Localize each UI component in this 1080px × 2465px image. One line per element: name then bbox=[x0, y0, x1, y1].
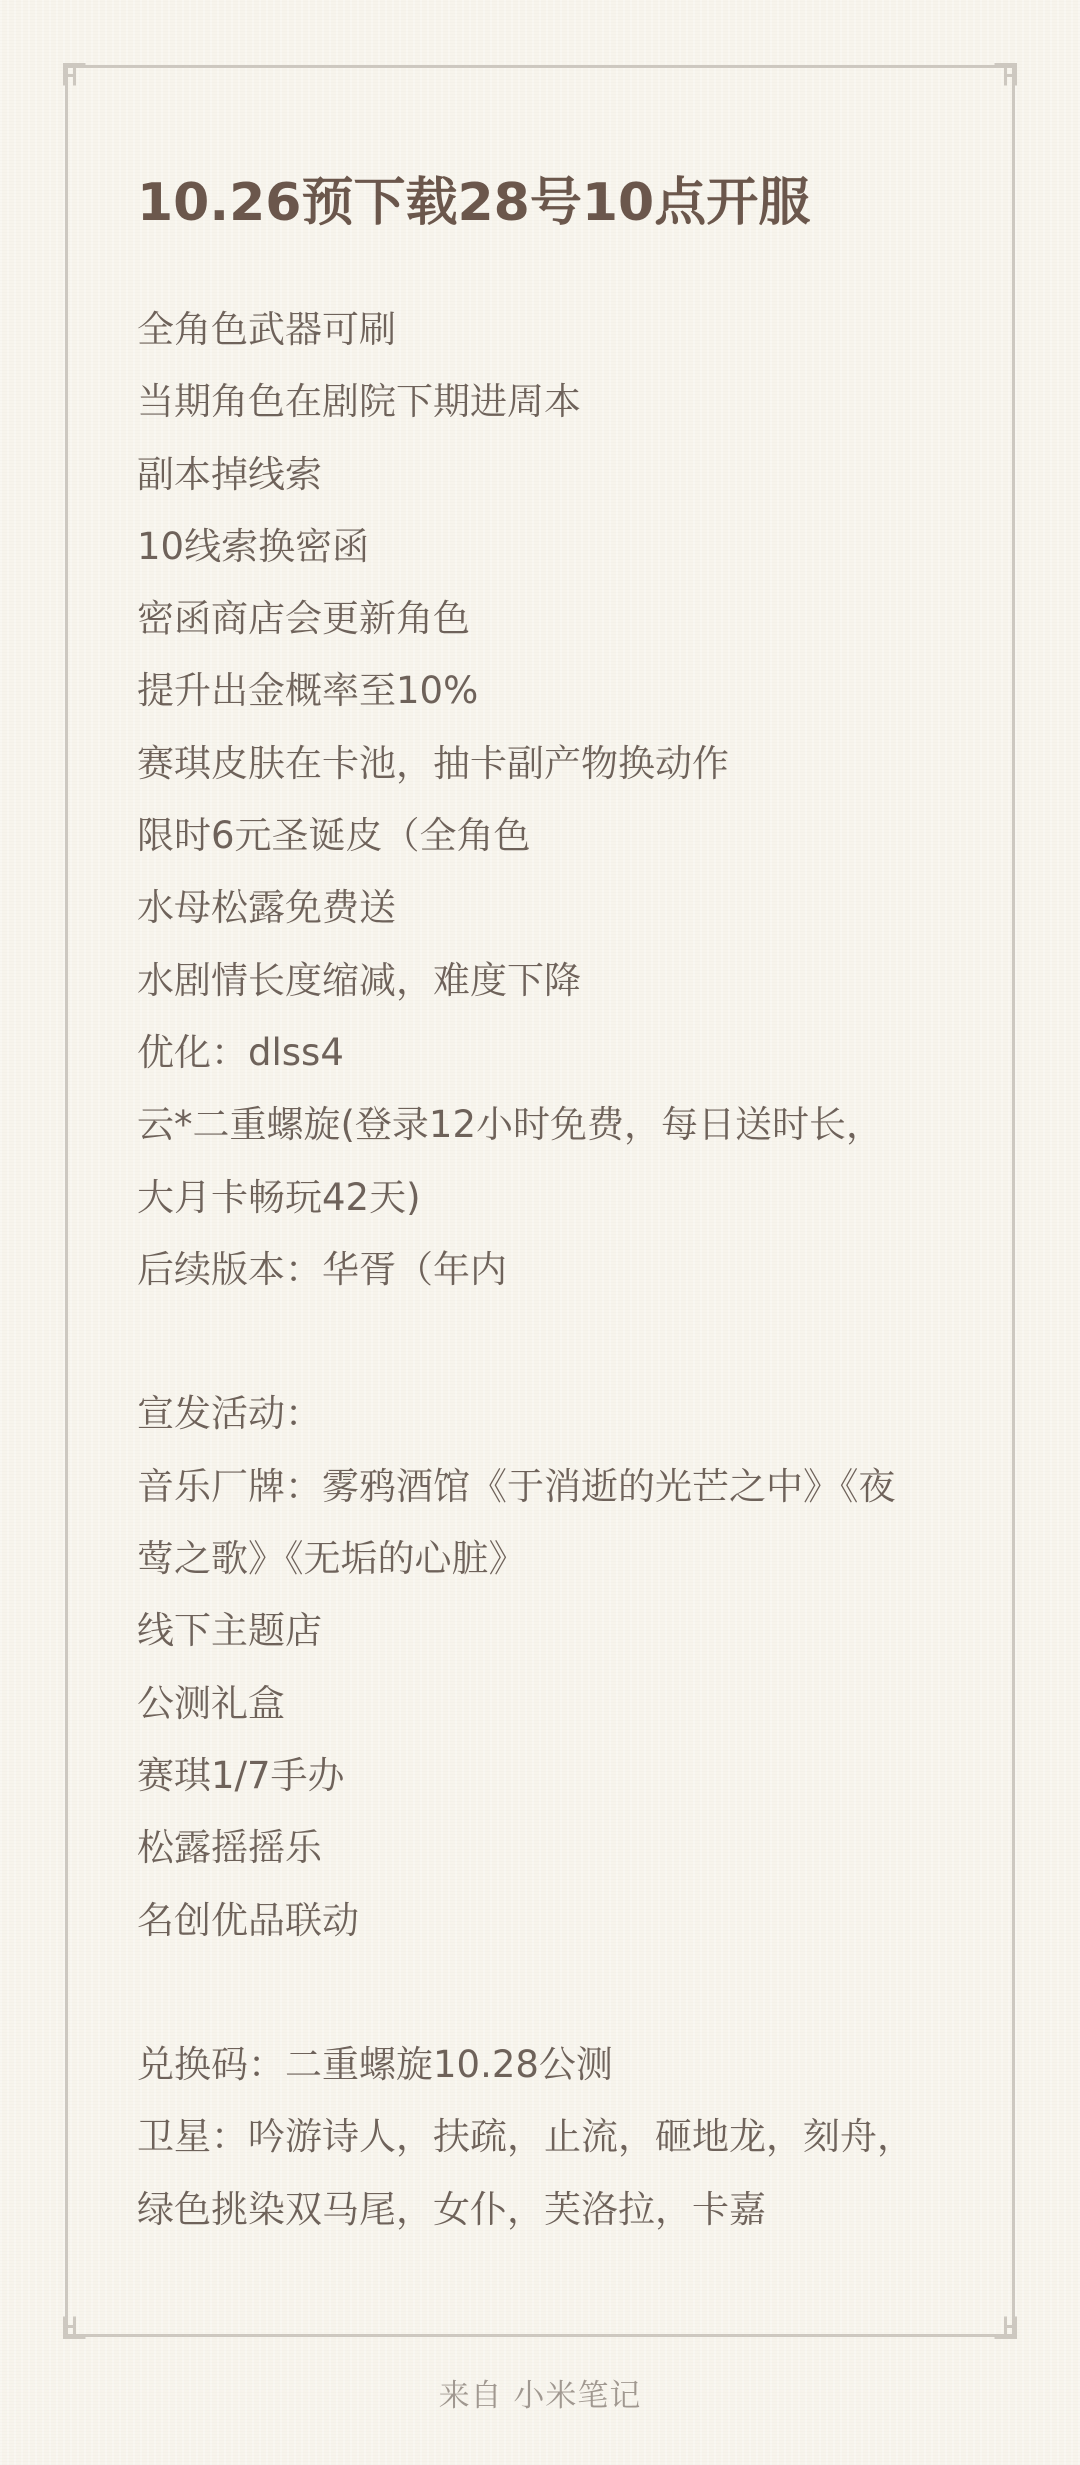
corner-ornament-top-left bbox=[63, 63, 87, 87]
note-line: 水母松露免费送 bbox=[137, 872, 957, 944]
note-body: 全角色武器可刷 当期角色在剧院下期进周本 副本掉线索 10线索换密函 密函商店会… bbox=[137, 294, 957, 2246]
note-line: 限时6元圣诞皮（全角色 bbox=[137, 800, 957, 872]
note-line: 赛琪1/7手办 bbox=[137, 1740, 957, 1812]
corner-ornament-top-right bbox=[993, 63, 1017, 87]
note-line: 兑换码：二重螺旋10.28公测 bbox=[137, 2029, 957, 2101]
note-line: 全角色武器可刷 bbox=[137, 294, 957, 366]
note-line: 密函商店会更新角色 bbox=[137, 583, 957, 655]
note-line: 卫星：吟游诗人，扶疏，止流，砸地龙，刻舟， bbox=[137, 2101, 957, 2173]
note-blank-line bbox=[137, 1306, 957, 1378]
note-line: 水剧情长度缩减，难度下降 bbox=[137, 945, 957, 1017]
note-line: 当期角色在剧院下期进周本 bbox=[137, 366, 957, 438]
note-line: 优化：dlss4 bbox=[137, 1017, 957, 1089]
note-line: 云*二重螺旋(登录12小时免费，每日送时长， bbox=[137, 1089, 957, 1161]
note-line: 赛琪皮肤在卡池，抽卡副产物换动作 bbox=[137, 728, 957, 800]
note-line: 松露摇摇乐 bbox=[137, 1812, 957, 1884]
source-footer: 来自 小米笔记 bbox=[0, 2370, 1080, 2415]
note-line: 10线索换密函 bbox=[137, 511, 957, 583]
note-line: 后续版本：华胥（年内 bbox=[137, 1234, 957, 1306]
note-line: 线下主题店 bbox=[137, 1595, 957, 1667]
note-line: 名创优品联动 bbox=[137, 1885, 957, 1957]
note-line: 绿色挑染双马尾，女仆，芙洛拉，卡嘉 bbox=[137, 2174, 957, 2246]
note-line: 副本掉线索 bbox=[137, 439, 957, 511]
note-blank-line bbox=[137, 1957, 957, 2029]
note-section-heading: 宣发活动： bbox=[137, 1378, 957, 1450]
corner-ornament-bottom-right bbox=[993, 2315, 1017, 2339]
note-title: 10.26预下载28号10点开服 bbox=[137, 168, 957, 238]
corner-ornament-bottom-left bbox=[63, 2315, 87, 2339]
note-line: 大月卡畅玩42天) bbox=[137, 1162, 957, 1234]
note-line: 莺之歌》《无垢的心脏》 bbox=[137, 1523, 957, 1595]
note-line: 公测礼盒 bbox=[137, 1668, 957, 1740]
note-line: 音乐厂牌：雾鸦酒馆《于消逝的光芒之中》《夜 bbox=[137, 1451, 957, 1523]
note-content: 10.26预下载28号10点开服 全角色武器可刷 当期角色在剧院下期进周本 副本… bbox=[137, 168, 957, 2246]
note-line: 提升出金概率至10% bbox=[137, 655, 957, 727]
